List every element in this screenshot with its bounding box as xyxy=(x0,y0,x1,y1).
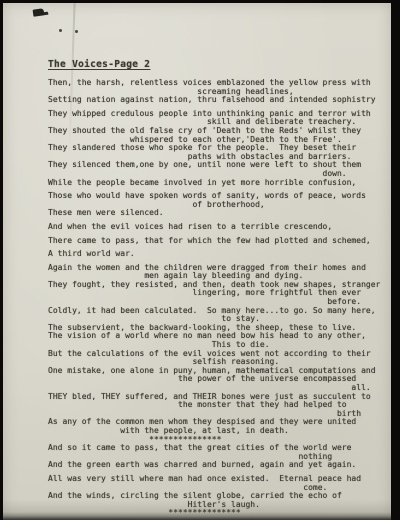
typewritten-text: Then, the harsh, relentless voices embla… xyxy=(48,79,387,520)
ink-speck xyxy=(59,29,62,32)
text-line: And the green earth was charred and burn… xyxy=(48,461,387,470)
scan-background: The Voices-Page 2 Then, the harsh, relen… xyxy=(0,0,400,520)
page-title: The Voices-Page 2 xyxy=(48,59,150,70)
text-line: A third world war. xyxy=(48,250,387,259)
document-page: The Voices-Page 2 Then, the harsh, relen… xyxy=(3,3,391,520)
text-line: These men were silenced. xyxy=(48,209,387,218)
pencil-mark xyxy=(33,8,45,16)
text-line: *************** xyxy=(48,509,387,518)
text-line: While the people became involved in yet … xyxy=(48,179,387,188)
text-line: There came to pass, that for which the f… xyxy=(48,237,387,246)
text-line: Setting nation against nation, thru fals… xyxy=(48,96,387,105)
ink-speck xyxy=(75,30,78,33)
text-line: And when the evil voices had risen to a … xyxy=(48,223,387,232)
